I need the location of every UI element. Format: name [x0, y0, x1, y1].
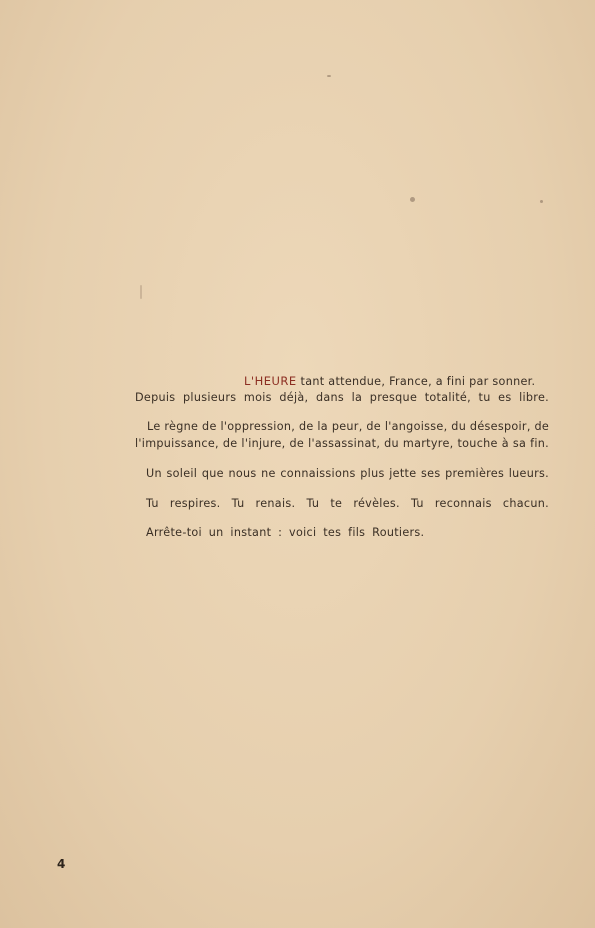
paragraph-4: Tu respires. Tu renais. Tu te révèles. T… — [146, 497, 549, 510]
paper-speck — [327, 75, 331, 77]
paragraph-2-line-1: Le règne de l'oppression, de la peur, de… — [147, 420, 549, 433]
paper-speck — [540, 200, 543, 203]
paper-speck — [410, 197, 415, 202]
page-number: 4 — [57, 857, 65, 871]
paragraph-2-line-2: l'impuissance, de l'injure, de l'assassi… — [135, 437, 549, 450]
paragraph-5: Arrête-toi un instant : voici tes fils R… — [146, 526, 424, 539]
paragraph-3: Un soleil que nous ne connaissions plus … — [146, 467, 549, 480]
paragraph-1-line-1: L'HEURE tant attendue, France, a fini pa… — [244, 374, 535, 388]
paragraph-1-line-2: Depuis plusieurs mois déjà, dans la pres… — [135, 391, 549, 404]
paper-speck — [140, 285, 142, 299]
book-page: L'HEURE tant attendue, France, a fini pa… — [0, 0, 595, 928]
lead-word: L'HEURE — [244, 374, 297, 388]
lead-line-text: tant attendue, France, a fini par sonner… — [301, 375, 536, 388]
